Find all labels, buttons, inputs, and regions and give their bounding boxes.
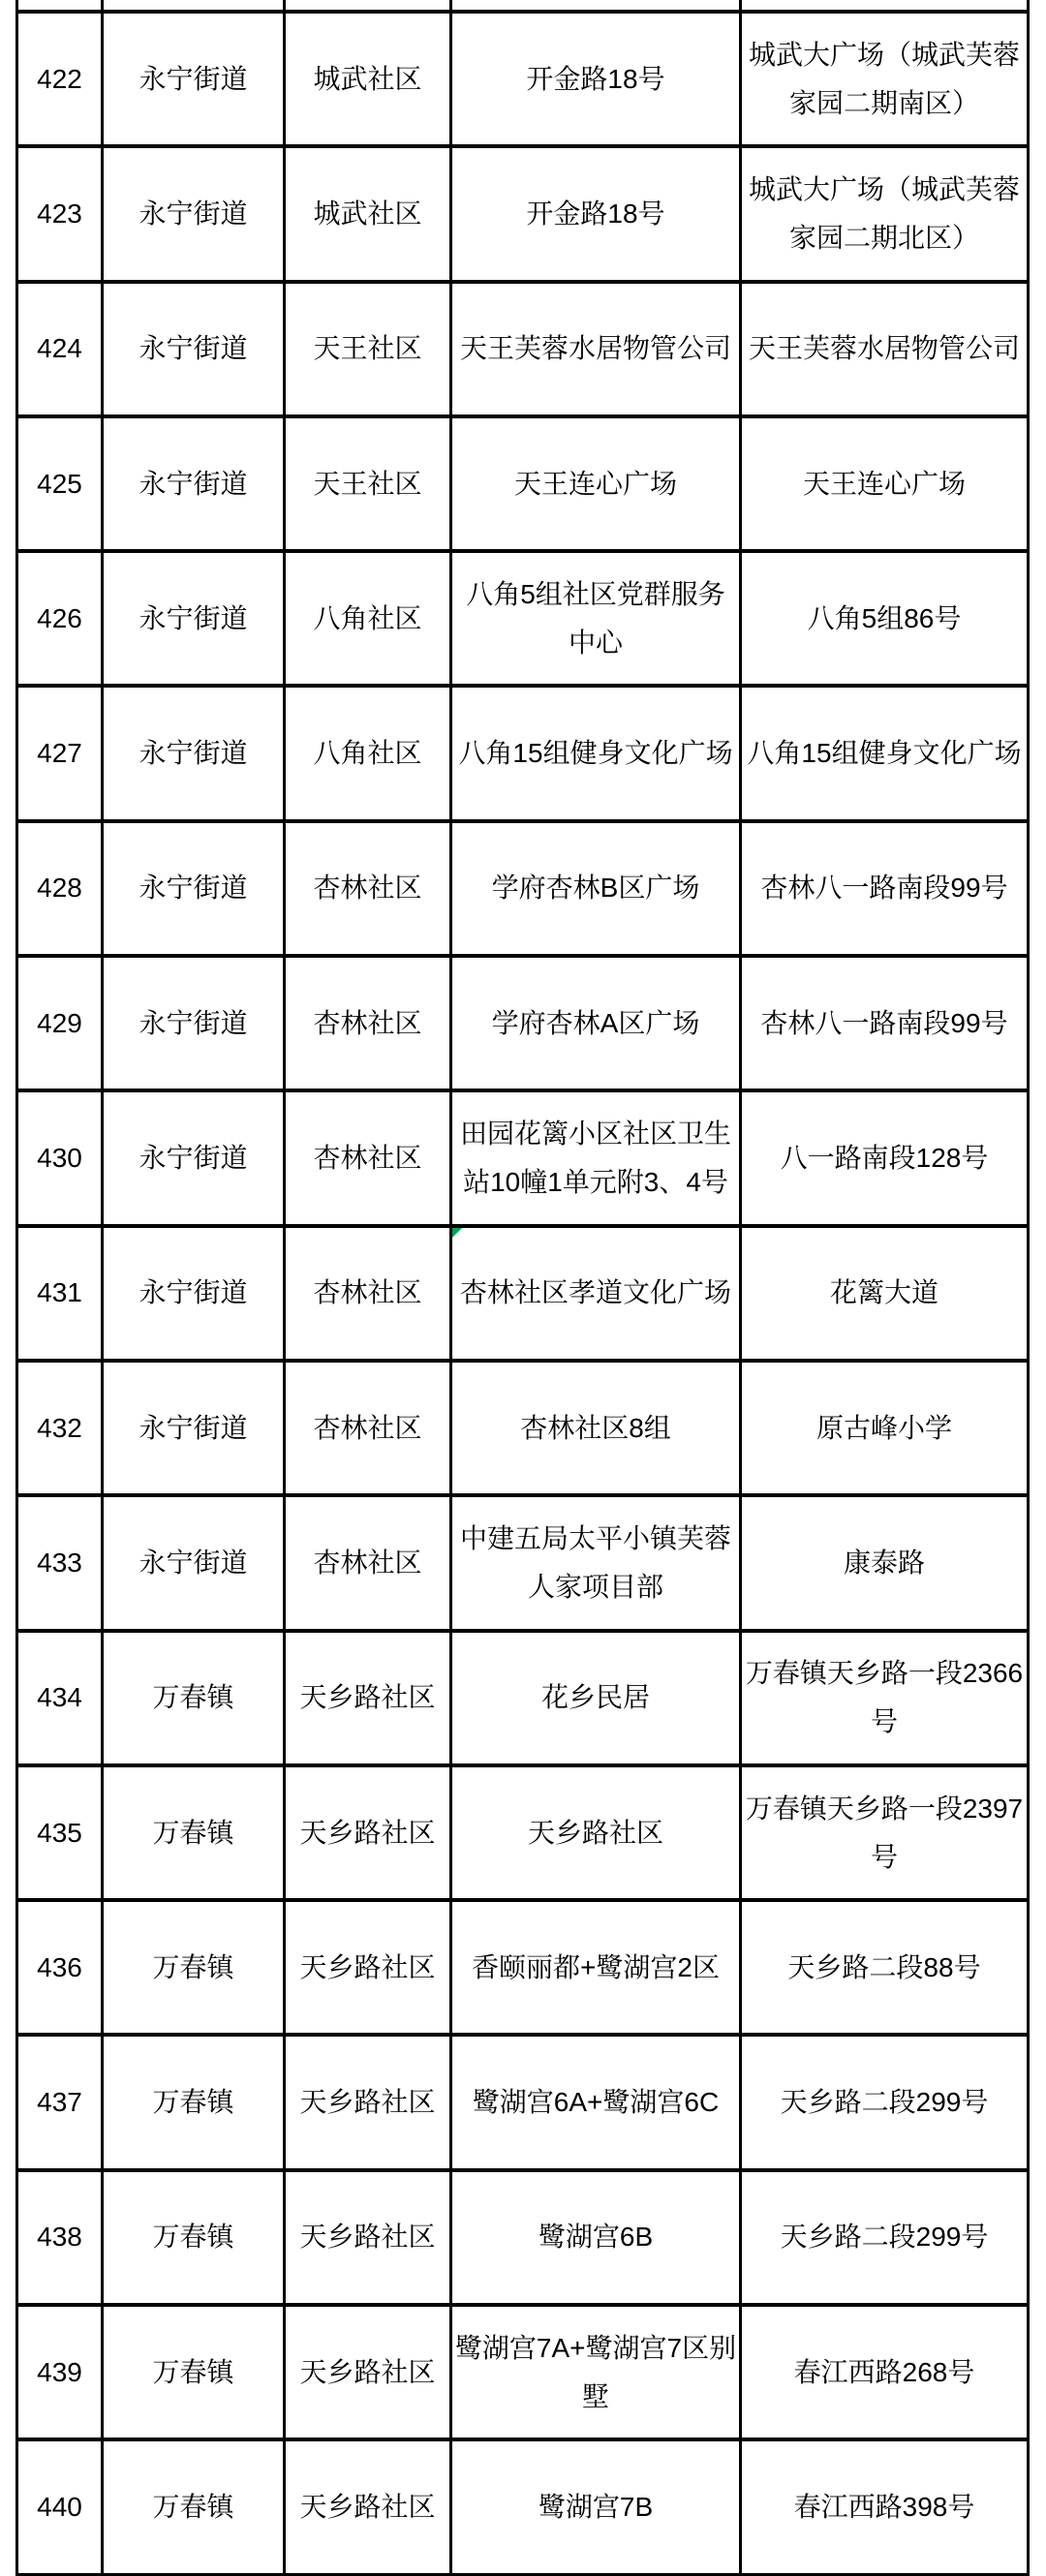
cell-serial-number: 439 <box>18 2307 104 2438</box>
table-row: 422永宁街道城武社区开金路18号城武大广场（城武芙蓉家园二期南区） <box>18 14 1027 148</box>
cell-serial-number: 433 <box>18 1497 104 1628</box>
cell-site-name: 天王连心广场 <box>452 418 742 549</box>
cell-street-town: 永宁街道 <box>104 1497 286 1628</box>
cell-address: 城武大广场（城武芙蓉家园二期北区） <box>742 148 1027 279</box>
cell-address: 天乡路二段88号 <box>742 1902 1027 2033</box>
cell-serial-number: 434 <box>18 1633 104 1763</box>
cell-site-name: 学府杏林B区广场 <box>452 823 742 954</box>
cell-site-name: 八角5组社区党群服务中心 <box>452 553 742 684</box>
cell-street-town: 万春镇 <box>104 2441 286 2572</box>
cell-community: 杏林社区 <box>286 823 452 954</box>
cell-address: 春江西路268号 <box>742 2307 1027 2438</box>
cell-street-town: 万春镇 <box>104 2307 286 2438</box>
cell-community: 天王社区 <box>286 284 452 414</box>
cell-address: 康泰路 <box>742 1497 1027 1628</box>
cell-serial-number: 431 <box>18 1228 104 1359</box>
cell-site-name: 鹭湖宫7A+鹭湖宫7区别墅 <box>452 2307 742 2438</box>
cell-address: 万春镇天乡路一段2397号 <box>742 1767 1027 1898</box>
cell-serial-number: 438 <box>18 2172 104 2303</box>
cell-site-name: 中建五局太平小镇芙蓉人家项目部 <box>452 1497 742 1628</box>
table-row: 426永宁街道八角社区八角5组社区党群服务中心八角5组86号 <box>18 553 1027 688</box>
cell-site-name: 花乡民居 <box>452 1633 742 1763</box>
cell-street-town: 万春镇 <box>104 1767 286 1898</box>
table-row: 427永宁街道八角社区八角15组健身文化广场八角15组健身文化广场 <box>18 688 1027 822</box>
cell-street-town: 永宁街道 <box>104 1363 286 1493</box>
table-row: 434万春镇天乡路社区花乡民居万春镇天乡路一段2366号 <box>18 1633 1027 1767</box>
partial-cell <box>452 0 742 10</box>
cell-serial-number: 436 <box>18 1902 104 2033</box>
cell-address: 天王连心广场 <box>742 418 1027 549</box>
cell-serial-number: 425 <box>18 418 104 549</box>
cell-street-town: 永宁街道 <box>104 1092 286 1223</box>
cell-community: 天乡路社区 <box>286 1633 452 1763</box>
cell-street-town: 万春镇 <box>104 1902 286 2033</box>
cell-street-town: 永宁街道 <box>104 14 286 144</box>
cell-site-name: 杏林社区8组 <box>452 1363 742 1493</box>
cell-address: 八一路南段128号 <box>742 1092 1027 1223</box>
cell-address: 杏林八一路南段99号 <box>742 958 1027 1089</box>
cell-community: 八角社区 <box>286 688 452 818</box>
cell-address: 花篱大道 <box>742 1228 1027 1359</box>
cell-street-town: 永宁街道 <box>104 958 286 1089</box>
table-row: 433永宁街道杏林社区中建五局太平小镇芙蓉人家项目部康泰路 <box>18 1497 1027 1632</box>
cell-address: 原古峰小学 <box>742 1363 1027 1493</box>
cell-community: 天乡路社区 <box>286 1902 452 2033</box>
table-row: 440万春镇天乡路社区鹭湖宫7B春江西路398号 <box>18 2441 1027 2576</box>
cell-site-name: 田园花篱小区社区卫生站10幢1单元附3、4号 <box>452 1092 742 1223</box>
cell-community: 城武社区 <box>286 148 452 279</box>
partial-cell <box>18 0 104 10</box>
table-row: 432永宁街道杏林社区杏林社区8组原古峰小学 <box>18 1363 1027 1497</box>
cell-serial-number: 432 <box>18 1363 104 1493</box>
cell-serial-number: 422 <box>18 14 104 144</box>
cell-site-name: 杏林社区孝道文化广场 <box>452 1228 742 1359</box>
cell-site-name: 鹭湖宫6B <box>452 2172 742 2303</box>
table-row: 439万春镇天乡路社区鹭湖宫7A+鹭湖宫7区别墅春江西路268号 <box>18 2307 1027 2441</box>
cell-community: 杏林社区 <box>286 1497 452 1628</box>
cell-serial-number: 423 <box>18 148 104 279</box>
partial-cell <box>742 0 1027 10</box>
cell-community: 天乡路社区 <box>286 2441 452 2572</box>
cell-address: 春江西路398号 <box>742 2441 1027 2572</box>
cell-site-name: 鹭湖宫6A+鹭湖宫6C <box>452 2037 742 2167</box>
cell-serial-number: 429 <box>18 958 104 1089</box>
cell-site-name: 天乡路社区 <box>452 1767 742 1898</box>
cell-community: 八角社区 <box>286 553 452 684</box>
cell-community: 天乡路社区 <box>286 2037 452 2167</box>
cell-site-name: 八角15组健身文化广场 <box>452 688 742 818</box>
cell-community: 天乡路社区 <box>286 2172 452 2303</box>
cell-serial-number: 440 <box>18 2441 104 2572</box>
cell-address: 天乡路二段299号 <box>742 2037 1027 2167</box>
table-row: 436万春镇天乡路社区香颐丽都+鹭湖宫2区天乡路二段88号 <box>18 1902 1027 2037</box>
cell-serial-number: 424 <box>18 284 104 414</box>
table-row: 435万春镇天乡路社区天乡路社区万春镇天乡路一段2397号 <box>18 1767 1027 1902</box>
table-row: 438万春镇天乡路社区鹭湖宫6B天乡路二段299号 <box>18 2172 1027 2307</box>
cell-site-name: 开金路18号 <box>452 148 742 279</box>
cell-street-town: 万春镇 <box>104 2172 286 2303</box>
cell-site-name: 天王芙蓉水居物管公司 <box>452 284 742 414</box>
partial-cell <box>104 0 286 10</box>
table-row: 428永宁街道杏林社区学府杏林B区广场杏林八一路南段99号 <box>18 823 1027 958</box>
cell-street-town: 永宁街道 <box>104 148 286 279</box>
cell-address: 城武大广场（城武芙蓉家园二期南区） <box>742 14 1027 144</box>
cell-serial-number: 427 <box>18 688 104 818</box>
cell-community: 杏林社区 <box>286 1228 452 1359</box>
cell-community: 杏林社区 <box>286 958 452 1089</box>
table-row: 430永宁街道杏林社区田园花篱小区社区卫生站10幢1单元附3、4号八一路南段12… <box>18 1092 1027 1227</box>
cell-site-name: 开金路18号 <box>452 14 742 144</box>
cell-address: 八角15组健身文化广场 <box>742 688 1027 818</box>
cell-serial-number: 437 <box>18 2037 104 2167</box>
cell-serial-number: 430 <box>18 1092 104 1223</box>
cell-community: 天乡路社区 <box>286 2307 452 2438</box>
table-row: 423永宁街道城武社区开金路18号城武大广场（城武芙蓉家园二期北区） <box>18 148 1027 283</box>
cell-street-town: 永宁街道 <box>104 284 286 414</box>
cell-address: 天王芙蓉水居物管公司 <box>742 284 1027 414</box>
places-table: 422永宁街道城武社区开金路18号城武大广场（城武芙蓉家园二期南区）423永宁街… <box>15 0 1030 2576</box>
table-row: 429永宁街道杏林社区学府杏林A区广场杏林八一路南段99号 <box>18 958 1027 1092</box>
cell-address: 万春镇天乡路一段2366号 <box>742 1633 1027 1763</box>
cell-community: 城武社区 <box>286 14 452 144</box>
cell-address: 天乡路二段299号 <box>742 2172 1027 2303</box>
cell-community: 杏林社区 <box>286 1363 452 1493</box>
cell-street-town: 永宁街道 <box>104 418 286 549</box>
cell-corner-marker <box>452 1228 462 1238</box>
cell-site-name: 鹭湖宫7B <box>452 2441 742 2572</box>
partial-cell <box>286 0 452 10</box>
table-row: 437万春镇天乡路社区鹭湖宫6A+鹭湖宫6C天乡路二段299号 <box>18 2037 1027 2171</box>
cell-serial-number: 426 <box>18 553 104 684</box>
cell-community: 天王社区 <box>286 418 452 549</box>
cell-street-town: 万春镇 <box>104 2037 286 2167</box>
table-row: 424永宁街道天王社区天王芙蓉水居物管公司天王芙蓉水居物管公司 <box>18 284 1027 418</box>
partial-row <box>18 0 1027 14</box>
cell-site-name: 香颐丽都+鹭湖宫2区 <box>452 1902 742 2033</box>
cell-street-town: 永宁街道 <box>104 823 286 954</box>
table-row: 425永宁街道天王社区天王连心广场天王连心广场 <box>18 418 1027 553</box>
cell-serial-number: 428 <box>18 823 104 954</box>
cell-community: 天乡路社区 <box>286 1767 452 1898</box>
table-row: 431永宁街道杏林社区杏林社区孝道文化广场花篱大道 <box>18 1228 1027 1363</box>
cell-address: 杏林八一路南段99号 <box>742 823 1027 954</box>
cell-address: 八角5组86号 <box>742 553 1027 684</box>
cell-serial-number: 435 <box>18 1767 104 1898</box>
cell-community: 杏林社区 <box>286 1092 452 1223</box>
cell-street-town: 永宁街道 <box>104 1228 286 1359</box>
cell-street-town: 永宁街道 <box>104 688 286 818</box>
cell-site-name: 学府杏林A区广场 <box>452 958 742 1089</box>
cell-street-town: 永宁街道 <box>104 553 286 684</box>
cell-street-town: 万春镇 <box>104 1633 286 1763</box>
